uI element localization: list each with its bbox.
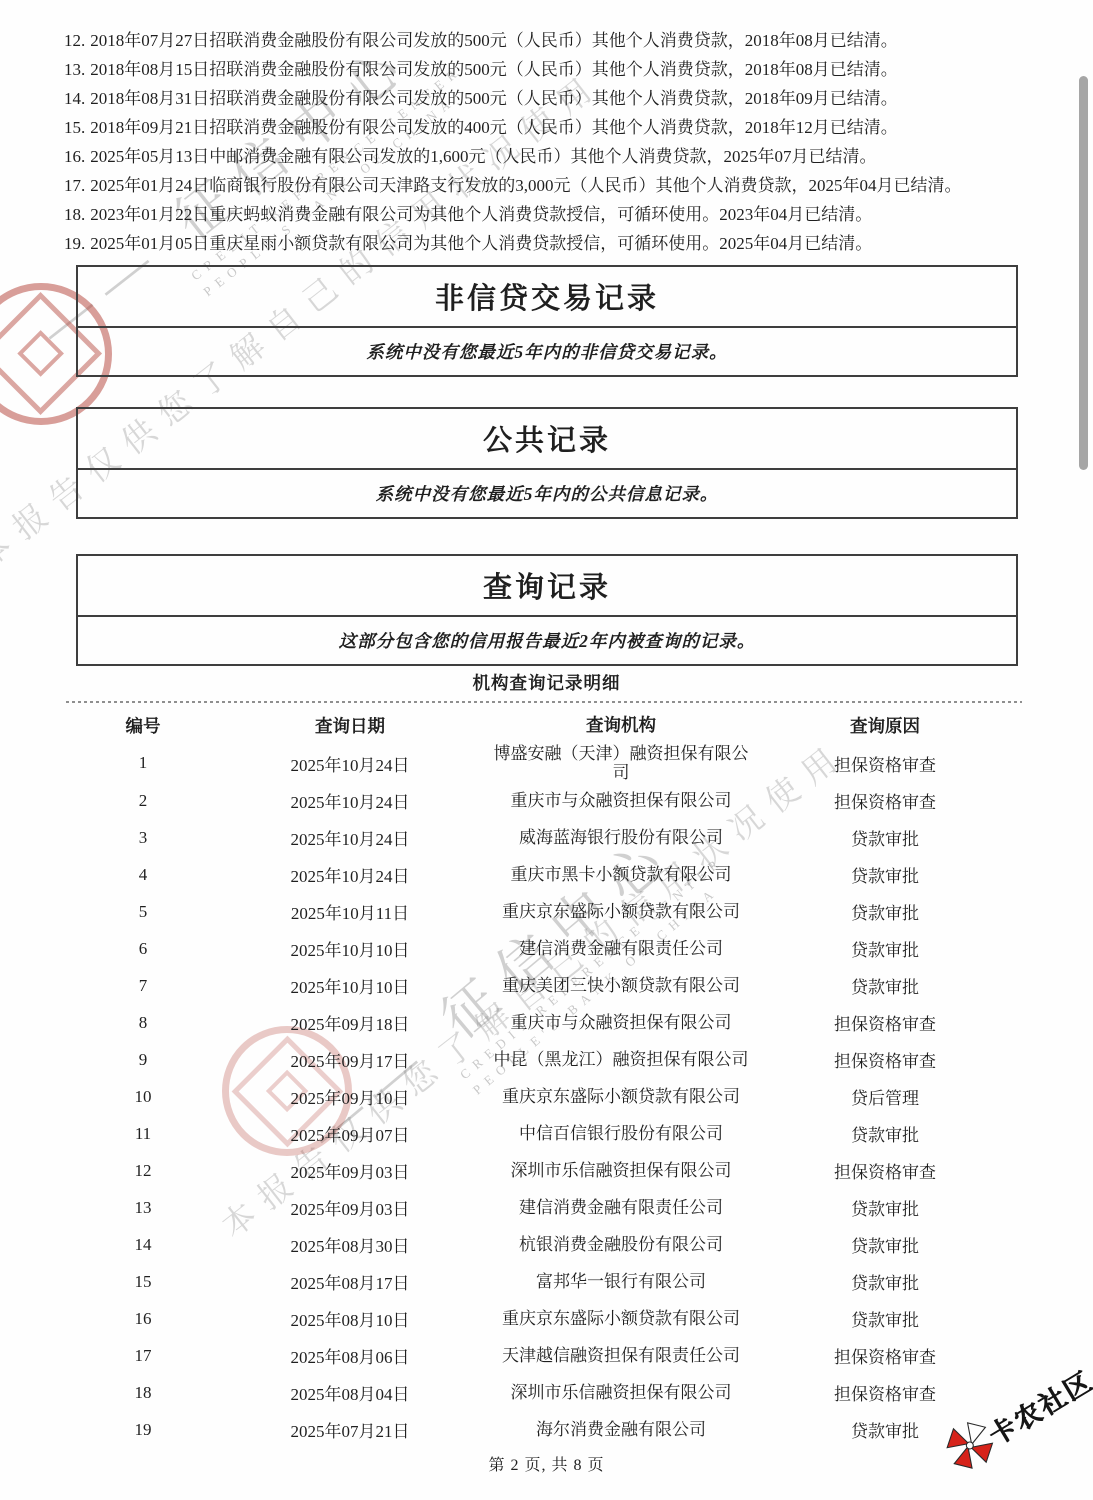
cell-number: 2	[76, 791, 210, 811]
loan-summary-item: 17. 2025年01月24日临商银行股份有限公司天津路支行发放的3,000元（…	[64, 171, 1029, 200]
section-title: 查询记录	[78, 556, 1016, 617]
cell-reason: 贷款审批	[752, 1306, 1018, 1331]
table-row: 3 2025年10月24日 威海蓝海银行股份有限公司 贷款审批	[76, 819, 1018, 856]
cell-number: 13	[76, 1198, 210, 1218]
cell-reason: 贷款审批	[752, 1195, 1018, 1220]
cell-date: 2025年09月10日	[210, 1084, 490, 1109]
cell-org: 天津越信融资担保有限责任公司	[490, 1346, 752, 1365]
loan-summary-item: 14. 2018年08月31日招联消费金融股份有限公司发放的500元（人民币）其…	[64, 84, 1029, 113]
loan-summary-text: 2018年08月31日招联消费金融股份有限公司发放的500元（人民币）其他个人消…	[90, 84, 1029, 113]
loan-summary-number: 18.	[64, 200, 85, 229]
cell-date: 2025年08月10日	[210, 1306, 490, 1331]
table-row: 7 2025年10月10日 重庆美团三快小额贷款有限公司 贷款审批	[76, 967, 1018, 1004]
section-public-records: 公共记录 系统中没有您最近5年内的公共信息记录。	[76, 407, 1018, 519]
cell-date: 2025年09月07日	[210, 1121, 490, 1146]
cell-number: 9	[76, 1050, 210, 1070]
table-row: 10 2025年09月10日 重庆京东盛际小额贷款有限公司 贷后管理	[76, 1078, 1018, 1115]
loan-summary-item: 13. 2018年08月15日招联消费金融股份有限公司发放的500元（人民币）其…	[64, 55, 1029, 84]
cell-date: 2025年07月21日	[210, 1417, 490, 1442]
cell-org: 重庆美团三快小额贷款有限公司	[490, 976, 752, 995]
loan-summary-text: 2023年01月22日重庆蚂蚁消费金融有限公司为其他个人消费贷款授信，可循环使用…	[90, 200, 1029, 229]
cell-date: 2025年10月10日	[210, 973, 490, 998]
cell-date: 2025年10月24日	[210, 862, 490, 887]
cell-org: 重庆京东盛际小额贷款有限公司	[490, 1087, 752, 1106]
query-records-table: 编号 查询日期 查询机构 查询原因 1 2025年10月24日 博盛安融（天津）…	[76, 706, 1018, 1448]
cell-reason: 担保资格审查	[752, 1047, 1018, 1072]
cell-org: 博盛安融（天津）融资担保有限公司	[490, 744, 752, 782]
section-query-records: 查询记录 这部分包含您的信用报告最近2年内被查询的记录。	[76, 554, 1018, 666]
loan-summary-text: 2018年09月21日招联消费金融股份有限公司发放的400元（人民币）其他个人消…	[90, 113, 1029, 142]
table-row: 13 2025年09月03日 建信消费金融有限责任公司 贷款审批	[76, 1189, 1018, 1226]
table-row: 2 2025年10月24日 重庆市与众融资担保有限公司 担保资格审查	[76, 782, 1018, 819]
page-indicator: 第 2 页, 共 8 页	[0, 1452, 1093, 1475]
loan-summary-number: 15.	[64, 113, 85, 142]
cell-number: 15	[76, 1272, 210, 1292]
query-table-header-row: 编号 查询日期 查询机构 查询原因	[76, 706, 1018, 744]
loan-summary-text: 2018年08月15日招联消费金融股份有限公司发放的500元（人民币）其他个人消…	[90, 55, 1029, 84]
cell-number: 10	[76, 1087, 210, 1107]
cell-org: 深圳市乐信融资担保有限公司	[490, 1383, 752, 1402]
cell-number: 14	[76, 1235, 210, 1255]
cell-reason: 贷款审批	[752, 936, 1018, 961]
loan-summary-item: 12. 2018年07月27日招联消费金融股份有限公司发放的500元（人民币）其…	[64, 26, 1029, 55]
loan-summary-number: 13.	[64, 55, 85, 84]
cell-reason: 担保资格审查	[752, 1010, 1018, 1035]
cell-org: 杭银消费金融股份有限公司	[490, 1235, 752, 1254]
table-row: 4 2025年10月24日 重庆市黑卡小额贷款有限公司 贷款审批	[76, 856, 1018, 893]
cell-reason: 贷款审批	[752, 825, 1018, 850]
loan-summary-number: 17.	[64, 171, 85, 200]
cell-reason: 贷款审批	[752, 1269, 1018, 1294]
cell-reason: 担保资格审查	[752, 1158, 1018, 1183]
cell-reason: 贷款审批	[752, 899, 1018, 924]
cell-reason: 贷款审批	[752, 862, 1018, 887]
cell-reason: 担保资格审查	[752, 1343, 1018, 1368]
cell-number: 4	[76, 865, 210, 885]
credit-report-page: —— 征信中心 CREDIT REFERENCE CENTER PEOPLE'S…	[0, 0, 1093, 1500]
section-title: 公共记录	[78, 409, 1016, 470]
cell-date: 2025年09月18日	[210, 1010, 490, 1035]
loan-summary-text: 2025年05月13日中邮消费金融有限公司发放的1,600元（人民币）其他个人消…	[90, 142, 1029, 171]
loan-summary-list: 12. 2018年07月27日招联消费金融股份有限公司发放的500元（人民币）其…	[64, 26, 1029, 258]
cell-org: 富邦华一银行有限公司	[490, 1272, 752, 1291]
loan-summary-text: 2025年01月05日重庆星雨小额贷款有限公司为其他个人消费贷款授信，可循环使用…	[90, 229, 1029, 258]
cell-date: 2025年10月24日	[210, 825, 490, 850]
cell-org: 建信消费金融有限责任公司	[490, 1198, 752, 1217]
cell-number: 18	[76, 1383, 210, 1403]
cell-date: 2025年09月03日	[210, 1195, 490, 1220]
loan-summary-item: 19. 2025年01月05日重庆星雨小额贷款有限公司为其他个人消费贷款授信，可…	[64, 229, 1029, 258]
cell-org: 深圳市乐信融资担保有限公司	[490, 1161, 752, 1180]
table-row: 15 2025年08月17日 富邦华一银行有限公司 贷款审批	[76, 1263, 1018, 1300]
cell-org: 中昆（黑龙江）融资担保有限公司	[490, 1050, 752, 1069]
col-header-date: 查询日期	[210, 713, 490, 738]
table-row: 19 2025年07月21日 海尔消费金融有限公司 贷款审批	[76, 1411, 1018, 1448]
cell-org: 建信消费金融有限责任公司	[490, 939, 752, 958]
cell-number: 12	[76, 1161, 210, 1181]
cell-number: 1	[76, 753, 210, 773]
cell-reason: 贷款审批	[752, 1121, 1018, 1146]
loan-summary-item: 16. 2025年05月13日中邮消费金融有限公司发放的1,600元（人民币）其…	[64, 142, 1029, 171]
col-header-org: 查询机构	[490, 716, 752, 735]
section-title: 非信贷交易记录	[78, 267, 1016, 328]
cell-org: 重庆市与众融资担保有限公司	[490, 1013, 752, 1032]
loan-summary-number: 16.	[64, 142, 85, 171]
query-table-title: 机构查询记录明细	[0, 670, 1093, 695]
cell-number: 5	[76, 902, 210, 922]
col-header-number: 编号	[76, 713, 210, 738]
cell-org: 威海蓝海银行股份有限公司	[490, 828, 752, 847]
cell-org: 重庆市与众融资担保有限公司	[490, 791, 752, 810]
cell-date: 2025年08月06日	[210, 1343, 490, 1368]
table-row: 6 2025年10月10日 建信消费金融有限责任公司 贷款审批	[76, 930, 1018, 967]
cell-date: 2025年08月17日	[210, 1269, 490, 1294]
table-row: 16 2025年08月10日 重庆京东盛际小额贷款有限公司 贷款审批	[76, 1300, 1018, 1337]
cell-number: 3	[76, 828, 210, 848]
loan-summary-text: 2018年07月27日招联消费金融股份有限公司发放的500元（人民币）其他个人消…	[90, 26, 1029, 55]
table-row: 5 2025年10月11日 重庆京东盛际小额贷款有限公司 贷款审批	[76, 893, 1018, 930]
section-noncredit-records: 非信贷交易记录 系统中没有您最近5年内的非信贷交易记录。	[76, 265, 1018, 377]
cell-org: 重庆京东盛际小额贷款有限公司	[490, 902, 752, 921]
table-row: 8 2025年09月18日 重庆市与众融资担保有限公司 担保资格审查	[76, 1004, 1018, 1041]
cell-org: 重庆市黑卡小额贷款有限公司	[490, 865, 752, 884]
col-header-reason: 查询原因	[752, 713, 1018, 738]
table-row: 12 2025年09月03日 深圳市乐信融资担保有限公司 担保资格审查	[76, 1152, 1018, 1189]
table-row: 11 2025年09月07日 中信百信银行股份有限公司 贷款审批	[76, 1115, 1018, 1152]
cell-number: 19	[76, 1420, 210, 1440]
section-body: 系统中没有您最近5年内的公共信息记录。	[78, 470, 1016, 517]
table-row: 14 2025年08月30日 杭银消费金融股份有限公司 贷款审批	[76, 1226, 1018, 1263]
cell-org: 中信百信银行股份有限公司	[490, 1124, 752, 1143]
cell-number: 11	[76, 1124, 210, 1144]
cell-reason: 担保资格审查	[752, 788, 1018, 813]
cell-number: 6	[76, 939, 210, 959]
loan-summary-number: 12.	[64, 26, 85, 55]
loan-summary-number: 14.	[64, 84, 85, 113]
scrollbar-thumb[interactable]	[1079, 76, 1088, 470]
cell-number: 8	[76, 1013, 210, 1033]
table-row: 1 2025年10月24日 博盛安融（天津）融资担保有限公司 担保资格审查	[76, 744, 1018, 782]
cell-reason: 贷款审批	[752, 1232, 1018, 1257]
loan-summary-item: 15. 2018年09月21日招联消费金融股份有限公司发放的400元（人民币）其…	[64, 113, 1029, 142]
cell-date: 2025年10月11日	[210, 899, 490, 924]
cell-date: 2025年10月24日	[210, 788, 490, 813]
loan-summary-number: 19.	[64, 229, 85, 258]
cell-reason: 贷款审批	[752, 973, 1018, 998]
cell-date: 2025年08月30日	[210, 1232, 490, 1257]
loan-summary-item: 18. 2023年01月22日重庆蚂蚁消费金融有限公司为其他个人消费贷款授信，可…	[64, 200, 1029, 229]
cell-number: 16	[76, 1309, 210, 1329]
cell-date: 2025年09月17日	[210, 1047, 490, 1072]
section-body: 系统中没有您最近5年内的非信贷交易记录。	[78, 328, 1016, 375]
cell-date: 2025年09月03日	[210, 1158, 490, 1183]
cell-org: 重庆京东盛际小额贷款有限公司	[490, 1309, 752, 1328]
section-body: 这部分包含您的信用报告最近2年内被查询的记录。	[78, 617, 1016, 664]
loan-summary-text: 2025年01月24日临商银行股份有限公司天津路支行发放的3,000元（人民币）…	[90, 171, 1029, 200]
cell-date: 2025年10月10日	[210, 936, 490, 961]
cell-date: 2025年08月04日	[210, 1380, 490, 1405]
cell-reason: 贷后管理	[752, 1084, 1018, 1109]
cell-org: 海尔消费金融有限公司	[490, 1420, 752, 1439]
table-row: 17 2025年08月06日 天津越信融资担保有限责任公司 担保资格审查	[76, 1337, 1018, 1374]
query-table-body: 1 2025年10月24日 博盛安融（天津）融资担保有限公司 担保资格审查 2 …	[76, 744, 1018, 1448]
cell-date: 2025年10月24日	[210, 751, 490, 776]
cell-reason: 担保资格审查	[752, 751, 1018, 776]
table-row: 18 2025年08月04日 深圳市乐信融资担保有限公司 担保资格审查	[76, 1374, 1018, 1411]
cell-number: 17	[76, 1346, 210, 1366]
table-row: 9 2025年09月17日 中昆（黑龙江）融资担保有限公司 担保资格审查	[76, 1041, 1018, 1078]
dashed-divider	[66, 701, 1022, 703]
cell-number: 7	[76, 976, 210, 996]
